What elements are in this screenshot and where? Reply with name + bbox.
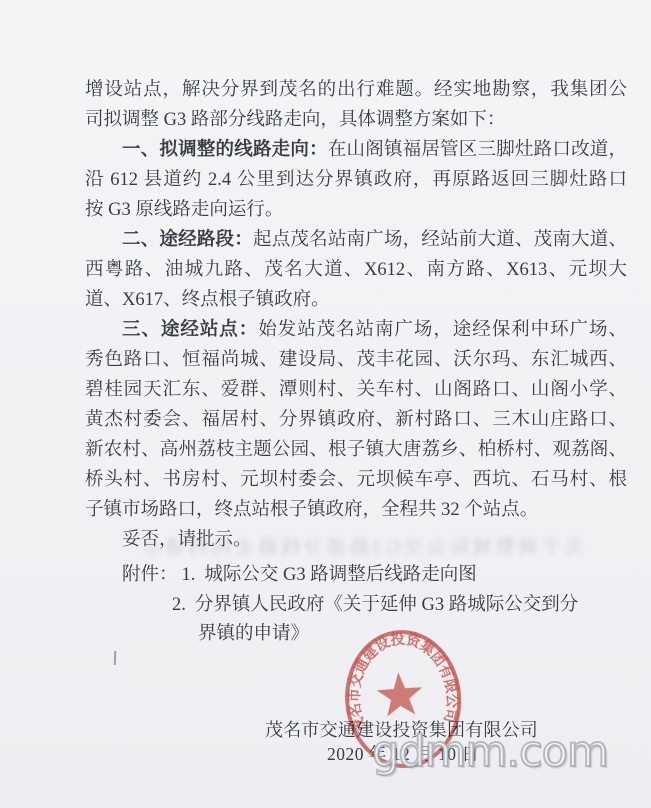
attachment-title-continued: 界镇的申请》 [198, 624, 309, 644]
section-heading-3: 三、途经站点：始发站茂名站南广场，途经保利中环广场、 [85, 315, 627, 345]
body-line: 西粤路、油城九路、茂名大道、X612、南方路、X613、元坝大 [85, 255, 627, 285]
section-heading-1: 一、拟调整的线路走向：在山阁镇福居管区三脚灶路口改道， [85, 135, 627, 165]
body-line: 秀色路口、恒福尚城、建设局、茂丰花园、沃尔玛、东汇城西、 [85, 345, 627, 375]
bleedthrough-text: 关于调整城际公交G3路部分线路走向的请示 [90, 537, 584, 559]
attachment-item-2: 2.分界镇人民政府《关于延伸 G3 路城际公交到分 [85, 591, 627, 621]
section-heading-2: 二、途经路段：起点茂名站南广场，经站前大道、茂南大道、 [85, 225, 627, 255]
body-line: 司拟调整 G3 路部分线路走向，具体调整方案如下： [85, 105, 627, 135]
attachment-title: 城际公交 G3 路调整后线路走向图 [204, 565, 476, 585]
attachment-number: 2. [172, 595, 186, 615]
body-line: 子镇市场路口，终点站根子镇政府，全程共 32 个站点。 [85, 495, 627, 525]
scan-stray-mark [114, 651, 116, 665]
document-body: 增设站点，解决分界到茂名的出行难题。经实地勘察，我集团公 司拟调整 G3 路部分… [85, 75, 627, 555]
seal-ring-text: 茂名市交通建设投资集团有限公司 [339, 626, 464, 735]
body-line: 沿 612 县道约 2.4 公里到达分界镇政府，再原路返回三脚灶路口 [85, 165, 627, 195]
body-line: 新农村、高州荔枝主题公园、根子镇大唐荔乡、柏桥村、观荔阁、 [85, 435, 627, 465]
site-watermark: gdmm.com [372, 731, 608, 774]
attachments-label: 附件： [122, 565, 178, 585]
body-line: 道、X617、终点根子镇政府。 [85, 285, 627, 315]
body-line: 黄杰村委会、福居村、分界镇政府、新村路口、三木山庄路口、 [85, 405, 627, 435]
document-page: 增设站点，解决分界到茂名的出行难题。经实地勘察，我集团公 司拟调整 G3 路部分… [0, 0, 651, 808]
attachment-title: 分界镇人民政府《关于延伸 G3 路城际公交到分 [195, 595, 578, 615]
body-line: 桥头村、书房村、元坝村委会、元坝候车亭、西坑、石马村、根 [85, 465, 627, 495]
body-line: 增设站点，解决分界到茂名的出行难题。经实地勘察，我集团公 [85, 75, 627, 105]
attachment-number: 1. [182, 565, 196, 585]
body-line: 按 G3 原线路走向运行。 [85, 195, 627, 225]
seal-star-icon [376, 671, 425, 717]
body-line: 碧桂园天汇东、爱群、潭则村、关车村、山阁路口、山阁小学、 [85, 375, 627, 405]
attachment-item-1: 附件：1.城际公交 G3 路调整后线路走向图 [85, 561, 627, 591]
